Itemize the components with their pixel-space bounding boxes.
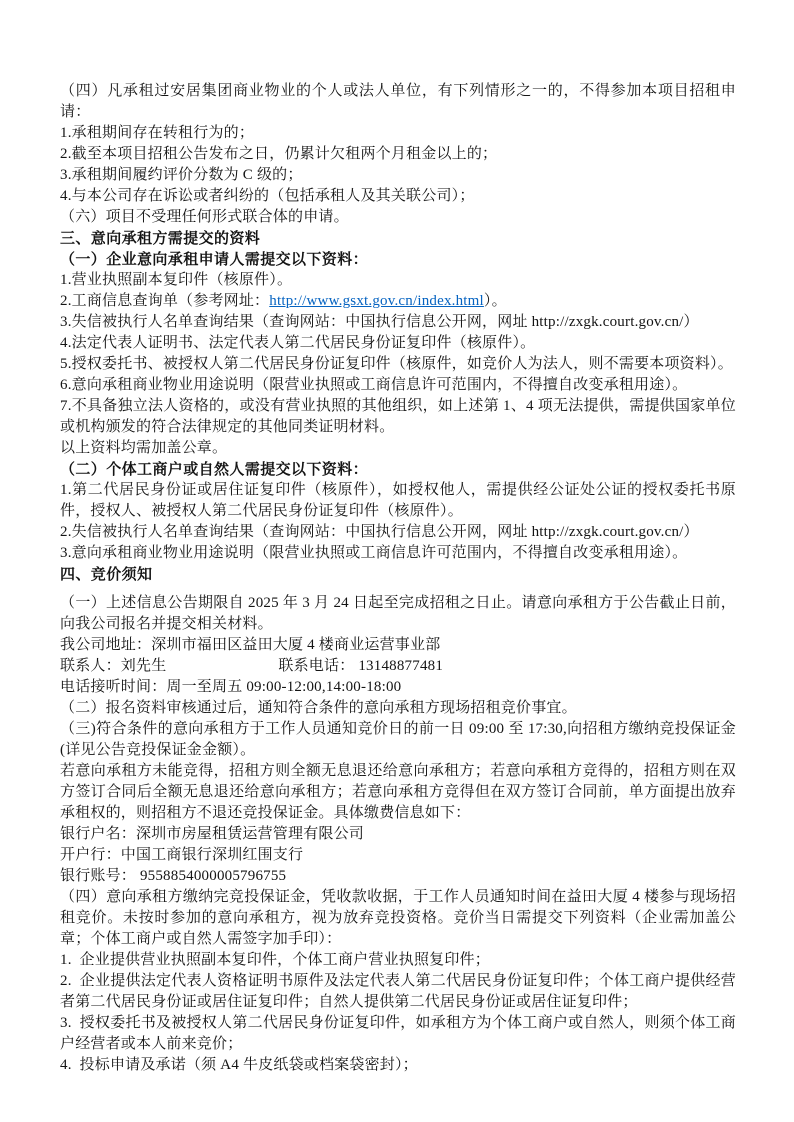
text-run: （三)符合条件的意向承租方于工作人员通知竞价日的前一日 09:00 至 17:3… (60, 721, 736, 758)
body-paragraph: 1. 企业提供营业执照副本复印件，个体工商户营业执照复印件； (60, 950, 736, 971)
text-run: 联系人：刘先生 (60, 658, 166, 674)
url-link[interactable]: http://www.gsxt.gov.cn/index.html (269, 293, 484, 309)
body-paragraph: 3.意向承租商业物业用途说明（限营业执照或工商信息许可范围内，不得擅自改变承租用… (60, 543, 736, 564)
body-paragraph: 4.法定代表人证明书、法定代表人第二代居民身份证复印件（核原件）。 (60, 333, 736, 354)
body-paragraph: 1.承租期间存在转租行为的； (60, 123, 736, 144)
body-paragraph: 6.意向承租商业物业用途说明（限营业执照或工商信息许可范围内，不得擅自改变承租用… (60, 375, 736, 396)
text-run: 3.承租期间履约评价分数为 C 级的； (60, 167, 303, 183)
text-run: 以上资料均需加盖公章。 (60, 440, 227, 456)
text-run: 4.与本公司存在诉讼或者纠纷的（包括承租人及其关联公司）； (60, 188, 475, 204)
text-run: 银行户名：深圳市房屋租赁运营管理有限公司 (60, 826, 364, 842)
body-paragraph: 我公司地址：深圳市福田区益田大厦 4 楼商业运营事业部 (60, 635, 736, 656)
text-run: 2.失信被执行人名单查询结果（查询网站：中国执行信息公开网，网址 http://… (60, 524, 699, 540)
document-page: （四）凡承租过安居集团商业物业的个人或法人单位，有下列情形之一的，不得参加本项目… (0, 0, 794, 1122)
text-run: 4.法定代表人证明书、法定代表人第二代居民身份证复印件（核原件）。 (60, 335, 535, 351)
text-run: （四）凡承租过安居集团商业物业的个人或法人单位，有下列情形之一的，不得参加本项目… (60, 83, 736, 120)
text-run: 三、意向承租方需提交的资料 (60, 230, 260, 247)
body-paragraph: 2.工商信息查询单（参考网址：http://www.gsxt.gov.cn/in… (60, 291, 736, 312)
text-run: （一）企业意向承租申请人需提交以下资料： (60, 251, 368, 268)
body-paragraph: 银行户名：深圳市房屋租赁运营管理有限公司 (60, 824, 736, 845)
body-paragraph: 3. 授权委托书及被授权人第二代居民身份证复印件，如承租方为个体工商户或自然人，… (60, 1013, 736, 1055)
text-run: 开户行：中国工商银行深圳红围支行 (60, 847, 303, 863)
text-run: （二）报名资料审核通过后，通知符合条件的意向承租方现场招租竞价事宜。 (60, 700, 577, 716)
body-paragraph: （二）报名资料审核通过后，通知符合条件的意向承租方现场招租竞价事宜。 (60, 698, 736, 719)
text-run: 2.截至本项目招租公告发布之日，仍累计欠租两个月租金以上的； (60, 146, 497, 162)
body-paragraph: （六）项目不受理任何形式联合体的申请。 (60, 207, 736, 228)
text-run: （四）意向承租方缴纳完竞投保证金，凭收款收据，于工作人员通知时间在益田大厦 4 … (60, 889, 736, 947)
body-paragraph: 若意向承租方未能竞得，招租方则全额无息退还给意向承租方；若意向承租方竞得的，招租… (60, 761, 736, 824)
body-paragraph: 2.失信被执行人名单查询结果（查询网站：中国执行信息公开网，网址 http://… (60, 522, 736, 543)
body-paragraph: 4. 投标申请及承诺（须 A4 牛皮纸袋或档案袋密封）； (60, 1055, 736, 1076)
heading-paragraph: 四、竞价须知 (60, 564, 736, 585)
body-paragraph: 开户行：中国工商银行深圳红围支行 (60, 845, 736, 866)
text-run: 5.授权委托书、被授权人第二代居民身份证复印件（核原件，如竞价人为法人，则不需要… (60, 356, 733, 372)
text-run: 我公司地址：深圳市福田区益田大厦 4 楼商业运营事业部 (60, 637, 440, 653)
body-paragraph: 3.承租期间履约评价分数为 C 级的； (60, 165, 736, 186)
document-content: （四）凡承租过安居集团商业物业的个人或法人单位，有下列情形之一的，不得参加本项目… (60, 81, 736, 1076)
body-paragraph: 银行账号： 9558854000005796755 (60, 866, 736, 887)
text-run: 6.意向承租商业物业用途说明（限营业执照或工商信息许可范围内，不得擅自改变承租用… (60, 377, 687, 393)
text-run: 1.第二代居民身份证或居住证复印件（核原件），如授权他人，需提供经公证处公证的授… (60, 482, 736, 519)
body-paragraph: （四）凡承租过安居集团商业物业的个人或法人单位，有下列情形之一的，不得参加本项目… (60, 81, 736, 123)
body-paragraph: 联系人：刘先生联系电话： 13148877481 (60, 656, 736, 677)
heading-paragraph: （一）企业意向承租申请人需提交以下资料： (60, 249, 736, 270)
text-run: 3.意向承租商业物业用途说明（限营业执照或工商信息许可范围内，不得擅自改变承租用… (60, 545, 687, 561)
body-paragraph: 电话接听时间：周一至周五 09:00-12:00,14:00-18:00 (60, 677, 736, 698)
body-paragraph: 2. 企业提供法定代表人资格证明书原件及法定代表人第二代居民身份证复印件；个体工… (60, 971, 736, 1013)
body-paragraph: 5.授权委托书、被授权人第二代居民身份证复印件（核原件，如竞价人为法人，则不需要… (60, 354, 736, 375)
text-run: 电话接听时间：周一至周五 09:00-12:00,14:00-18:00 (60, 679, 401, 695)
body-paragraph: 1.第二代居民身份证或居住证复印件（核原件），如授权他人，需提供经公证处公证的授… (60, 480, 736, 522)
text-run: 四、竞价须知 (60, 566, 152, 583)
body-paragraph: 4.与本公司存在诉讼或者纠纷的（包括承租人及其关联公司）； (60, 186, 736, 207)
body-paragraph: 7.不具备独立法人资格的，或没有营业执照的其他组织，如上述第 1、4 项无法提供… (60, 396, 736, 438)
text-run: 银行账号： 9558854000005796755 (60, 868, 286, 884)
text-run: （二）个体工商户或自然人需提交以下资料： (60, 461, 368, 478)
heading-paragraph: 三、意向承租方需提交的资料 (60, 228, 736, 249)
text-run: 1. 企业提供营业执照副本复印件，个体工商户营业执照复印件； (60, 952, 490, 968)
body-paragraph: 1.营业执照副本复印件（核原件）。 (60, 270, 736, 291)
text-run: ）。 (484, 293, 507, 309)
text-run: 联系电话： 13148877481 (278, 658, 443, 674)
body-paragraph: （一）上述信息公告期限自 2025 年 3 月 24 日起至完成招租之日止。请意… (60, 593, 736, 635)
text-run: 1.承租期间存在转租行为的； (60, 125, 254, 141)
text-run: 若意向承租方未能竞得，招租方则全额无息退还给意向承租方；若意向承租方竞得的，招租… (60, 763, 736, 821)
text-run: 1.营业执照副本复印件（核原件）。 (60, 272, 292, 288)
text-run: 2. 企业提供法定代表人资格证明书原件及法定代表人第二代居民身份证复印件；个体工… (60, 973, 736, 1010)
body-paragraph: 3.失信被执行人名单查询结果（查询网站：中国执行信息公开网，网址 http://… (60, 312, 736, 333)
text-run: 4. 投标申请及承诺（须 A4 牛皮纸袋或档案袋密封）； (60, 1057, 418, 1073)
text-run: （一）上述信息公告期限自 2025 年 3 月 24 日起至完成招租之日止。请意… (60, 595, 736, 632)
body-paragraph: 2.截至本项目招租公告发布之日，仍累计欠租两个月租金以上的； (60, 144, 736, 165)
body-paragraph: 以上资料均需加盖公章。 (60, 438, 736, 459)
heading-paragraph: （二）个体工商户或自然人需提交以下资料： (60, 459, 736, 480)
body-paragraph: （三)符合条件的意向承租方于工作人员通知竞价日的前一日 09:00 至 17:3… (60, 719, 736, 761)
text-run: 3.失信被执行人名单查询结果（查询网站：中国执行信息公开网，网址 http://… (60, 314, 699, 330)
body-paragraph: （四）意向承租方缴纳完竞投保证金，凭收款收据，于工作人员通知时间在益田大厦 4 … (60, 887, 736, 950)
text-run: 3. 授权委托书及被授权人第二代居民身份证复印件，如承租方为个体工商户或自然人，… (60, 1015, 736, 1052)
text-run: （六）项目不受理任何形式联合体的申请。 (60, 209, 349, 225)
text-run: 2.工商信息查询单（参考网址： (60, 293, 269, 309)
text-run: 7.不具备独立法人资格的，或没有营业执照的其他组织，如上述第 1、4 项无法提供… (60, 398, 736, 435)
